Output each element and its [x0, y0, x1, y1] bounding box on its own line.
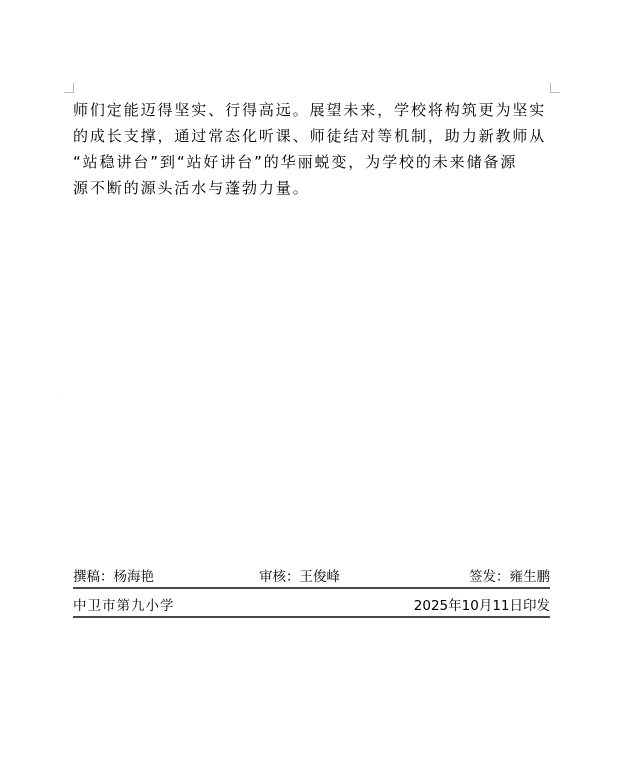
author-label: 撰稿：	[73, 569, 114, 585]
author-name: 杨海艳	[114, 569, 155, 585]
body-line: “站稳讲台”到“站好讲台”的华丽蜕变，为学校的未来储备源	[73, 149, 551, 175]
issuer-field: 签发：雍生鹏	[469, 567, 550, 587]
stray-mark	[57, 397, 58, 398]
issue-date: 2025年10月11日印发	[414, 596, 550, 616]
reviewer-field: 审核：王俊峰	[259, 567, 340, 587]
body-line: 的成长支撑，通过常态化听课、师徒结对等机制，助力新教师从	[73, 123, 551, 149]
reviewer-label: 审核：	[259, 569, 300, 585]
issuer-name: 雍生鹏	[510, 569, 551, 585]
body-line: 源不断的源头活水与蓬勃力量。	[73, 175, 551, 201]
footer-rule-bottom	[73, 616, 550, 618]
school-name: 中卫市第九小学	[73, 596, 175, 616]
body-line: 师们定能迈得坚实、行得高远。展望未来，学校将构筑更为坚实	[73, 97, 551, 123]
signature-row: 撰稿：杨海艳 审核：王俊峰 签发：雍生鹏	[73, 567, 550, 587]
footer-rule-top	[73, 587, 550, 589]
issuer-label: 签发：	[469, 569, 510, 585]
body-paragraph: 师们定能迈得坚实、行得高远。展望未来，学校将构筑更为坚实 的成长支撑，通过常态化…	[73, 97, 551, 201]
margin-corner-mark-top-right	[550, 83, 560, 93]
margin-corner-mark-top-left	[64, 83, 74, 93]
issuance-row: 中卫市第九小学 2025年10月11日印发	[73, 596, 550, 616]
author-field: 撰稿：杨海艳	[73, 567, 154, 587]
reviewer-name: 王俊峰	[300, 569, 341, 585]
